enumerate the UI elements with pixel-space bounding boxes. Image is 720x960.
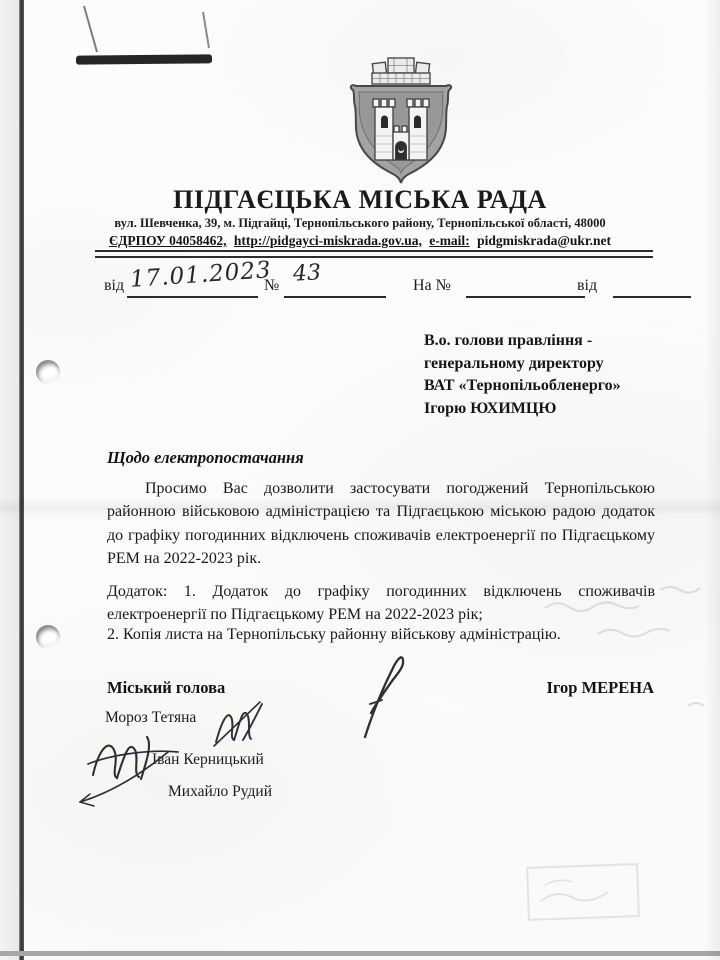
scanned-page: ПІДГАЄЦЬКА МІСЬКА РАДА вул. Шевченка, 39… xyxy=(0,0,720,960)
bleed-through-ghost-marks xyxy=(0,0,720,960)
